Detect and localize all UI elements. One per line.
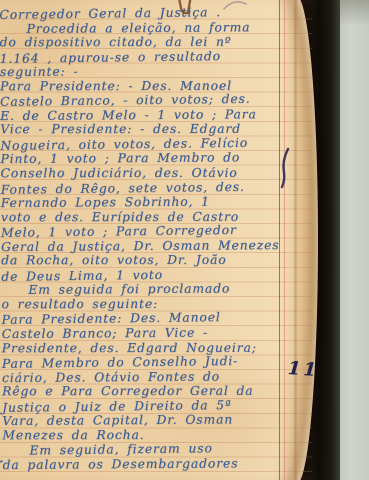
handwritten-line: Fernando Lopes Sobrinho, 1 xyxy=(1,194,301,211)
handwritten-line: Pinto, 1 voto ; Para Membro do xyxy=(0,150,300,167)
handwritten-line: da palavra os Desembargadores xyxy=(3,456,303,473)
handwriting-block: Corregedor Geral da Justiça .Procedida a… xyxy=(0,5,303,473)
handwritten-line: Em seguida foi proclamado xyxy=(1,281,301,298)
handwritten-line: Castelo Branco; Para Vice - xyxy=(2,325,302,342)
handwritten-line: Conselho Judiciário, des. Otávio xyxy=(1,166,301,181)
margin-pen-stroke-icon xyxy=(279,146,291,194)
handwritten-line: Vara, desta Capital, Dr. Osman xyxy=(2,412,302,429)
handwritten-line: do dispositivo citado, da lei nº xyxy=(0,35,300,50)
margin-tally-mark: 11 xyxy=(287,358,319,381)
scanned-notebook-page: Corregedor Geral da Justiça .Procedida a… xyxy=(0,0,369,480)
handwritten-line: ciário, Des. Otávio Fontes do xyxy=(2,369,302,386)
handwritten-line: Procedida a eleição, na forma xyxy=(0,20,300,37)
handwritten-line: seguinte: - xyxy=(0,63,300,80)
notebook-page: Corregedor Geral da Justiça .Procedida a… xyxy=(0,0,318,480)
